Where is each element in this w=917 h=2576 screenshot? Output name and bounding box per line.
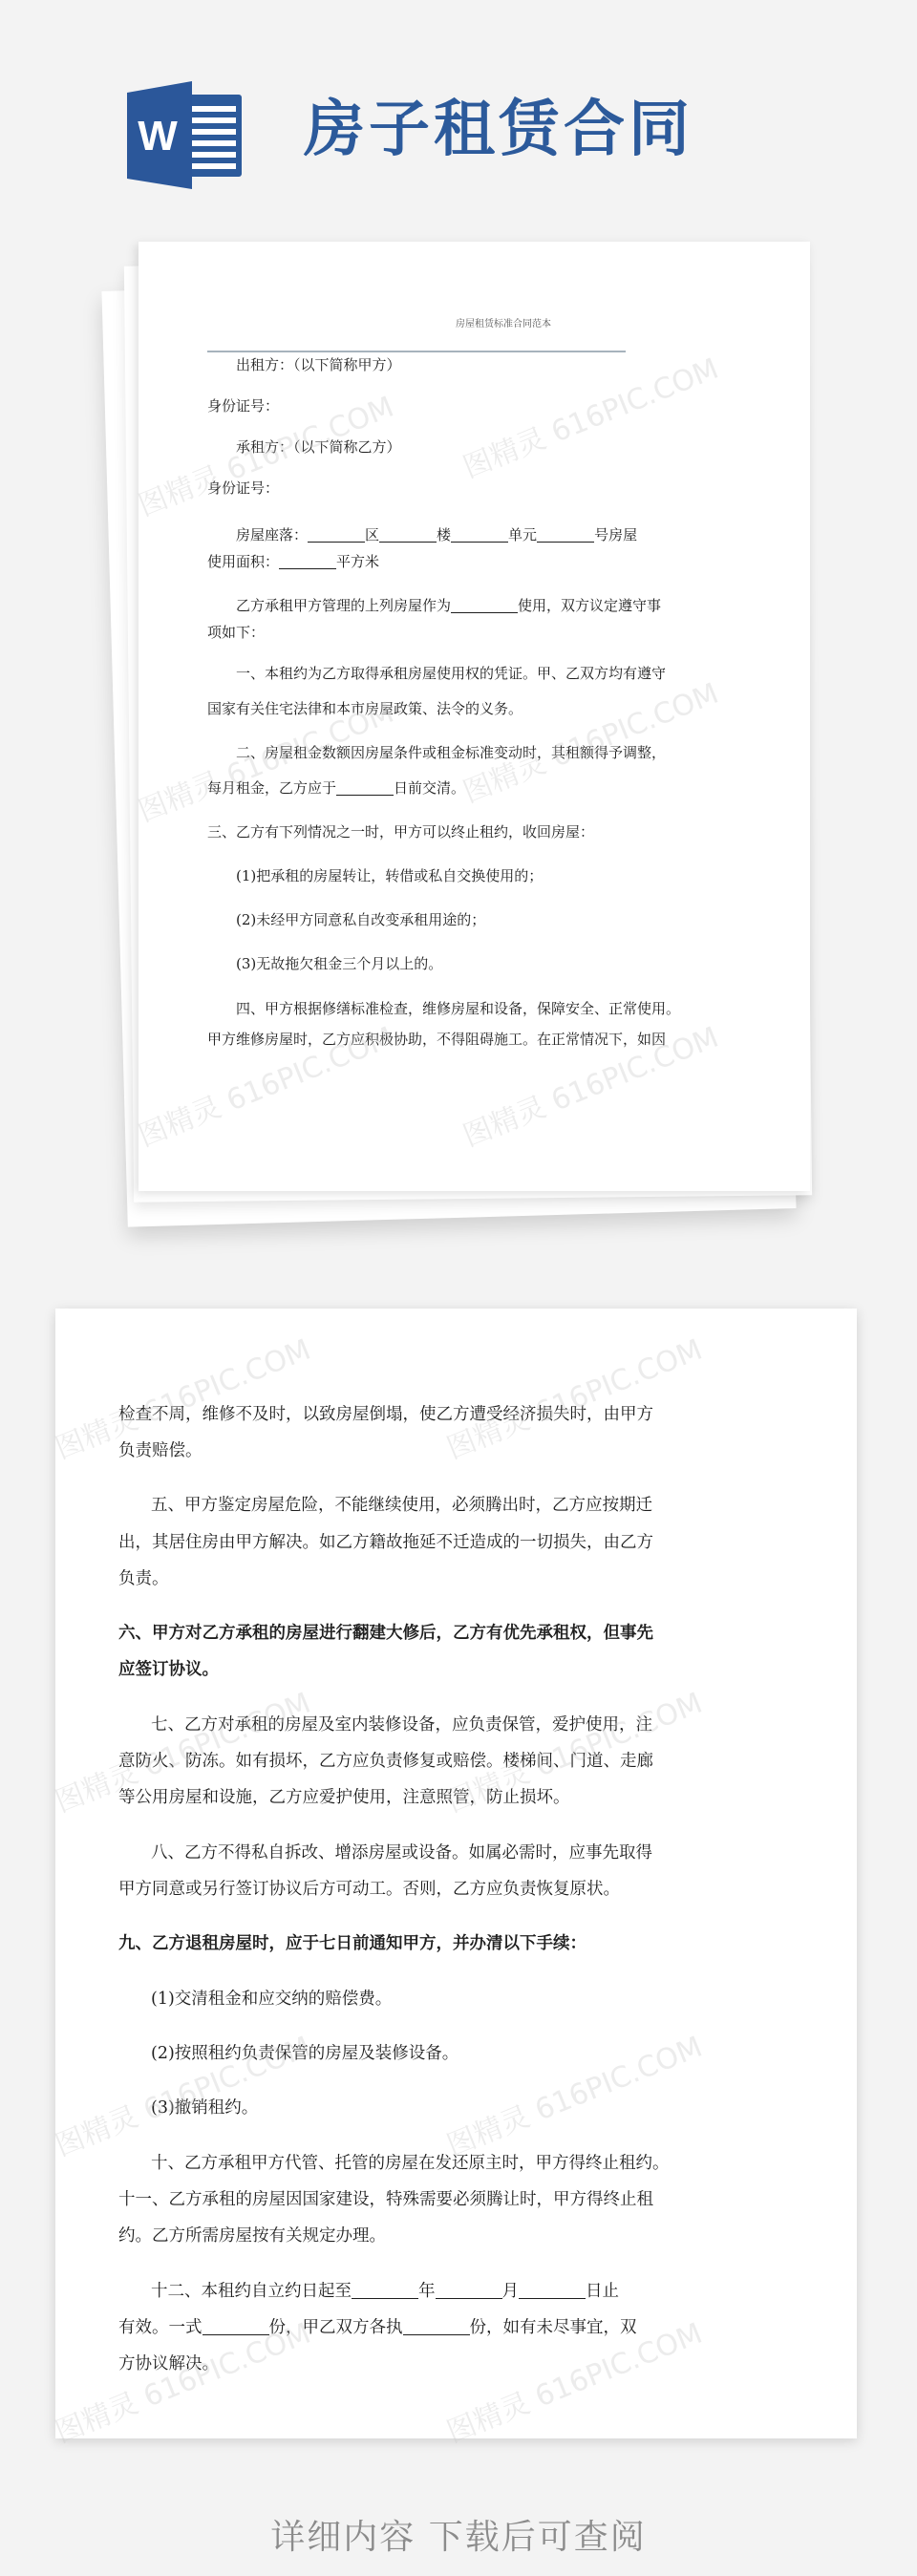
running-head: 房屋租赁标准合同范本	[207, 315, 800, 330]
clause-2: 二、房屋租金数额因房屋条件或租金标准变动时，其租额得予调整，	[236, 738, 714, 767]
text-line: 甲方同意或另行签订协议后方可动工。否则，乙方应负责恢复原状。	[118, 1871, 806, 1907]
text-line: 约。乙方所需房屋按有关规定办理。	[118, 2218, 806, 2254]
clause-6: 六、甲方对乙方承租的房屋进行翻建大修后，乙方有优先承租权，但事先	[118, 1615, 806, 1651]
svg-text:W: W	[138, 113, 178, 160]
blank-day[interactable]	[519, 2282, 586, 2300]
rent-due-line: 每月租金，乙方应于日前交清。	[207, 774, 685, 802]
word-document-icon: W	[127, 81, 244, 189]
list-item: (3)无故拖欠租金三个月以上的。	[236, 949, 714, 978]
clause-12: 十二、本租约自立约日起至年月日止	[151, 2273, 839, 2310]
download-hint: 详细内容 下载后可查阅	[0, 2510, 917, 2559]
text-line: 等公用房屋和设施，乙方应爱护使用，注意照管，防止损坏。	[118, 1779, 806, 1816]
blank-total-copies[interactable]	[203, 2318, 269, 2336]
blank-room[interactable]	[537, 527, 594, 543]
list-item: (2)按照租约负责保管的房屋及装修设备。	[151, 2035, 839, 2072]
header: W 房子租赁合同	[0, 0, 917, 239]
text-line: 负责赔偿。	[118, 1433, 806, 1469]
list-item: (1)把承租的房屋转让，转借或私自交换使用的；	[236, 862, 714, 890]
lessor-id-line: 身份证号：	[207, 392, 685, 420]
list-item: (1)交清租金和应交纳的赔偿费。	[151, 1981, 839, 2017]
clause-4: 四、甲方根据修缮标准检查，维修房屋和设备，保障安全、正常使用。	[236, 994, 714, 1023]
clause-11: 十一、乙方承租的房屋因国家建设，特殊需要必须腾让时，甲方得终止租	[118, 2182, 806, 2218]
lessor-line: 出租方：（以下简称甲方）	[236, 351, 714, 379]
blank-month[interactable]	[436, 2282, 502, 2300]
list-item: (2)未经甲方同意私自改变承租用途的；	[236, 905, 714, 934]
text-line: 意防火、防冻。如有损坏，乙方应负责修复或赔偿。楼梯间、门道、走廊	[118, 1743, 806, 1779]
clause-3: 三、乙方有下列情况之一时，甲方可以终止租约，收回房屋：	[207, 818, 685, 846]
text-line: 负责。	[118, 1561, 806, 1597]
clause-7: 七、乙方对承租的房屋及室内装修设备，应负责保管，爱护使用，注	[151, 1707, 839, 1743]
area-line: 使用面积：平方米	[207, 547, 685, 576]
blank-district[interactable]	[308, 527, 365, 543]
blank-unit[interactable]	[451, 527, 508, 543]
text-line: 国家有关住宅法律和本市房屋政策、法令的义务。	[207, 694, 685, 723]
lessee-line: 承租方：（以下简称乙方）	[236, 433, 714, 461]
clause-8: 八、乙方不得私自拆改、增添房屋或设备。如属必需时，应事先取得	[151, 1835, 839, 1871]
address-line: 房屋座落：区楼单元号房屋	[236, 521, 714, 549]
text-line: 甲方维修房屋时，乙方应积极协助，不得阻碍施工。在正常情况下，如因	[207, 1025, 685, 1054]
text-line: 检查不周，维修不及时，以致房屋倒塌，使乙方遭受经济损失时，由甲方	[118, 1396, 806, 1433]
clause-1: 一、本租约为乙方取得承租房屋使用权的凭证。甲、乙双方均有遵守	[236, 659, 714, 688]
clause-10: 十、乙方承租甲方代管、托管的房屋在发还原主时，甲方得终止租约。	[151, 2145, 839, 2182]
blank-year[interactable]	[352, 2282, 418, 2300]
blank-purpose[interactable]	[451, 598, 518, 613]
lessee-id-line: 身份证号：	[207, 474, 685, 502]
blank-building[interactable]	[379, 527, 437, 543]
text-line: 项如下：	[207, 618, 685, 647]
page-title: 房子租赁合同	[304, 92, 693, 168]
list-item: (3)撤销租约。	[151, 2090, 839, 2126]
blank-area[interactable]	[279, 554, 336, 569]
text-line: 方协议解决。	[118, 2346, 806, 2382]
blank-copies-each[interactable]	[403, 2318, 470, 2336]
purpose-line: 乙方承租甲方管理的上列房屋作为使用，双方议定遵守事	[236, 591, 714, 620]
text-line: 出，其居住房由甲方解决。如乙方籍故拖延不迁造成的一切损失，由乙方	[118, 1524, 806, 1561]
copies-line: 有效。一式份，甲乙双方各执份，如有未尽事宜，双	[118, 2310, 806, 2346]
document-page-2: 检查不周，维修不及时，以致房屋倒塌，使乙方遭受经济损失时，由甲方 负责赔偿。 五…	[55, 1309, 857, 2438]
document-page-1: 房屋租赁标准合同范本 出租方：（以下简称甲方） 身份证号： 承租方：（以下简称乙…	[139, 242, 810, 1191]
text-line: 应签订协议。	[118, 1651, 806, 1688]
blank-due-day[interactable]	[336, 780, 394, 796]
clause-9: 九、乙方退租房屋时，应于七日前通知甲方，并办清以下手续：	[118, 1926, 806, 1962]
clause-5: 五、甲方鉴定房屋危险，不能继续使用，必须腾出时，乙方应按期迁	[151, 1487, 839, 1523]
